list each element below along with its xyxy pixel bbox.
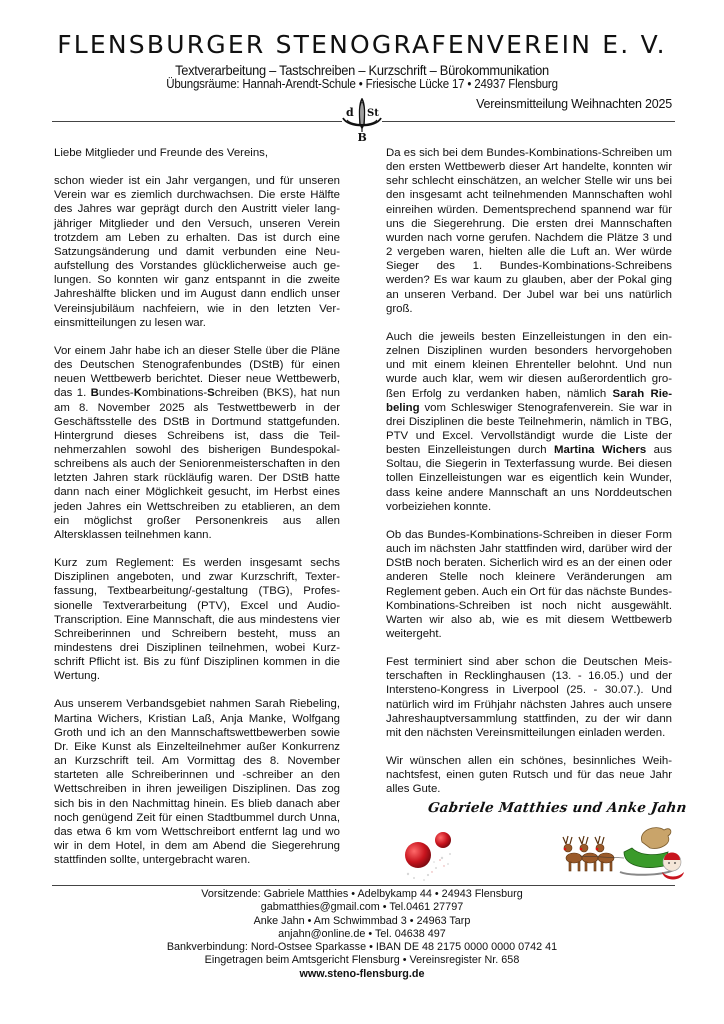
letter-left-column: Liebe Mitglieder und Freunde des Vereins…	[54, 146, 340, 881]
issue-label: Vereinsmitteilung Weihnachten 2025	[476, 97, 672, 112]
emphasized-text: S	[207, 387, 215, 399]
club-address: Übungsräume: Hannah-Arendt-Schule • Frie…	[29, 77, 695, 92]
newsletter-page: FLENSBURGER STENOGRAFENVEREIN E. V. Text…	[0, 0, 724, 1024]
letter-right-column: Da es sich bei dem Bundes-Kombinations-S…	[386, 146, 672, 811]
paragraph-text: schon wieder ist ein Jahr vergangen, und…	[54, 175, 340, 329]
footer-rule	[52, 885, 675, 886]
paragraph-text: Da es sich bei dem Bundes-Kombinations-S…	[386, 147, 672, 315]
paragraph-text: Wir wünschen allen ein schönes, besinnli…	[386, 755, 672, 795]
letter-paragraph: Aus unserem Verbandsgebiet nahmen Sarah …	[54, 697, 340, 867]
dstb-emblem-icon: d St B	[340, 98, 384, 144]
paragraph-text: Ob das Bundes-Kombinations-Schreiben in …	[386, 529, 672, 640]
emphasized-text: Martina Wichers	[554, 444, 646, 456]
letter-paragraph: Da es sich bei dem Bundes-Kombinations-S…	[386, 146, 672, 316]
letter-paragraph: Vor einem Jahr habe ich an dieser Stelle…	[54, 344, 340, 542]
letter-paragraph: Auch die jeweils besten Einzelleistungen…	[386, 330, 672, 514]
header-rule-right	[382, 121, 675, 122]
paragraph-text: undes-	[99, 387, 134, 399]
svg-text:B: B	[358, 131, 367, 144]
letter-paragraph: Ob das Bundes-Kombinations-Schreiben in …	[386, 528, 672, 641]
footer-chair-contact: gabmatthies@gmail.com • Tel.0461 27797	[0, 901, 724, 914]
footer-cochair-address: Anke Jahn • Am Schwimmbad 3 • 24963 Tarp	[0, 915, 724, 928]
letter-paragraph: Kurz zum Reglement: Es werden insgesamt …	[54, 556, 340, 683]
footer-bank-details: Bankverbindung: Nord-Ostsee Sparkasse • …	[0, 941, 724, 954]
paragraph-text: chreiben (BKS), hat nun am 8. November 2…	[54, 387, 340, 541]
paragraph-text: Fest terminiert sind aber schon die Deut…	[386, 656, 672, 739]
paragraph-text: Kurz zum Reglement: Es werden insgesamt …	[54, 557, 340, 682]
letter-paragraph: Wir wünschen allen ein schönes, besinnli…	[386, 754, 672, 796]
emphasized-text: K	[134, 387, 142, 399]
footer-chair-address: Vorsitzende: Gabriele Matthies • Adelbyk…	[0, 888, 724, 901]
svg-text:d: d	[346, 106, 354, 119]
christmas-baubles-icon	[398, 828, 468, 884]
letter-greeting: Liebe Mitglieder und Freunde des Vereins…	[54, 146, 340, 160]
paragraph-text: ombinations-	[142, 387, 207, 399]
club-title: FLENSBURGER STENOGRAFENVEREIN E. V.	[0, 30, 724, 60]
footer-website-link[interactable]: www.steno-flensburg.de	[0, 968, 724, 981]
letter-paragraph: schon wieder ist ein Jahr vergangen, und…	[54, 174, 340, 330]
paragraph-text: Aus unserem Verbandsgebiet nahmen Sarah …	[54, 698, 340, 866]
signature: Gabriele Matthies und Anke Jahn	[427, 800, 688, 816]
reindeer-sleigh-santa-icon	[560, 822, 690, 886]
footer-registry: Eingetragen beim Amtsgericht Flensburg •…	[0, 954, 724, 967]
letter-paragraph: Fest terminiert sind aber schon die Deut…	[386, 655, 672, 740]
svg-text:St: St	[367, 108, 379, 119]
club-subtitle: Textverarbeitung – Tastschreiben – Kurzs…	[29, 62, 695, 78]
footer-cochair-contact: anjahn@online.de • Tel. 04638 497	[0, 928, 724, 941]
emphasized-text: B	[91, 387, 99, 399]
footer-contact: Vorsitzende: Gabriele Matthies • Adelbyk…	[0, 888, 724, 981]
header-rule-left	[52, 121, 342, 122]
